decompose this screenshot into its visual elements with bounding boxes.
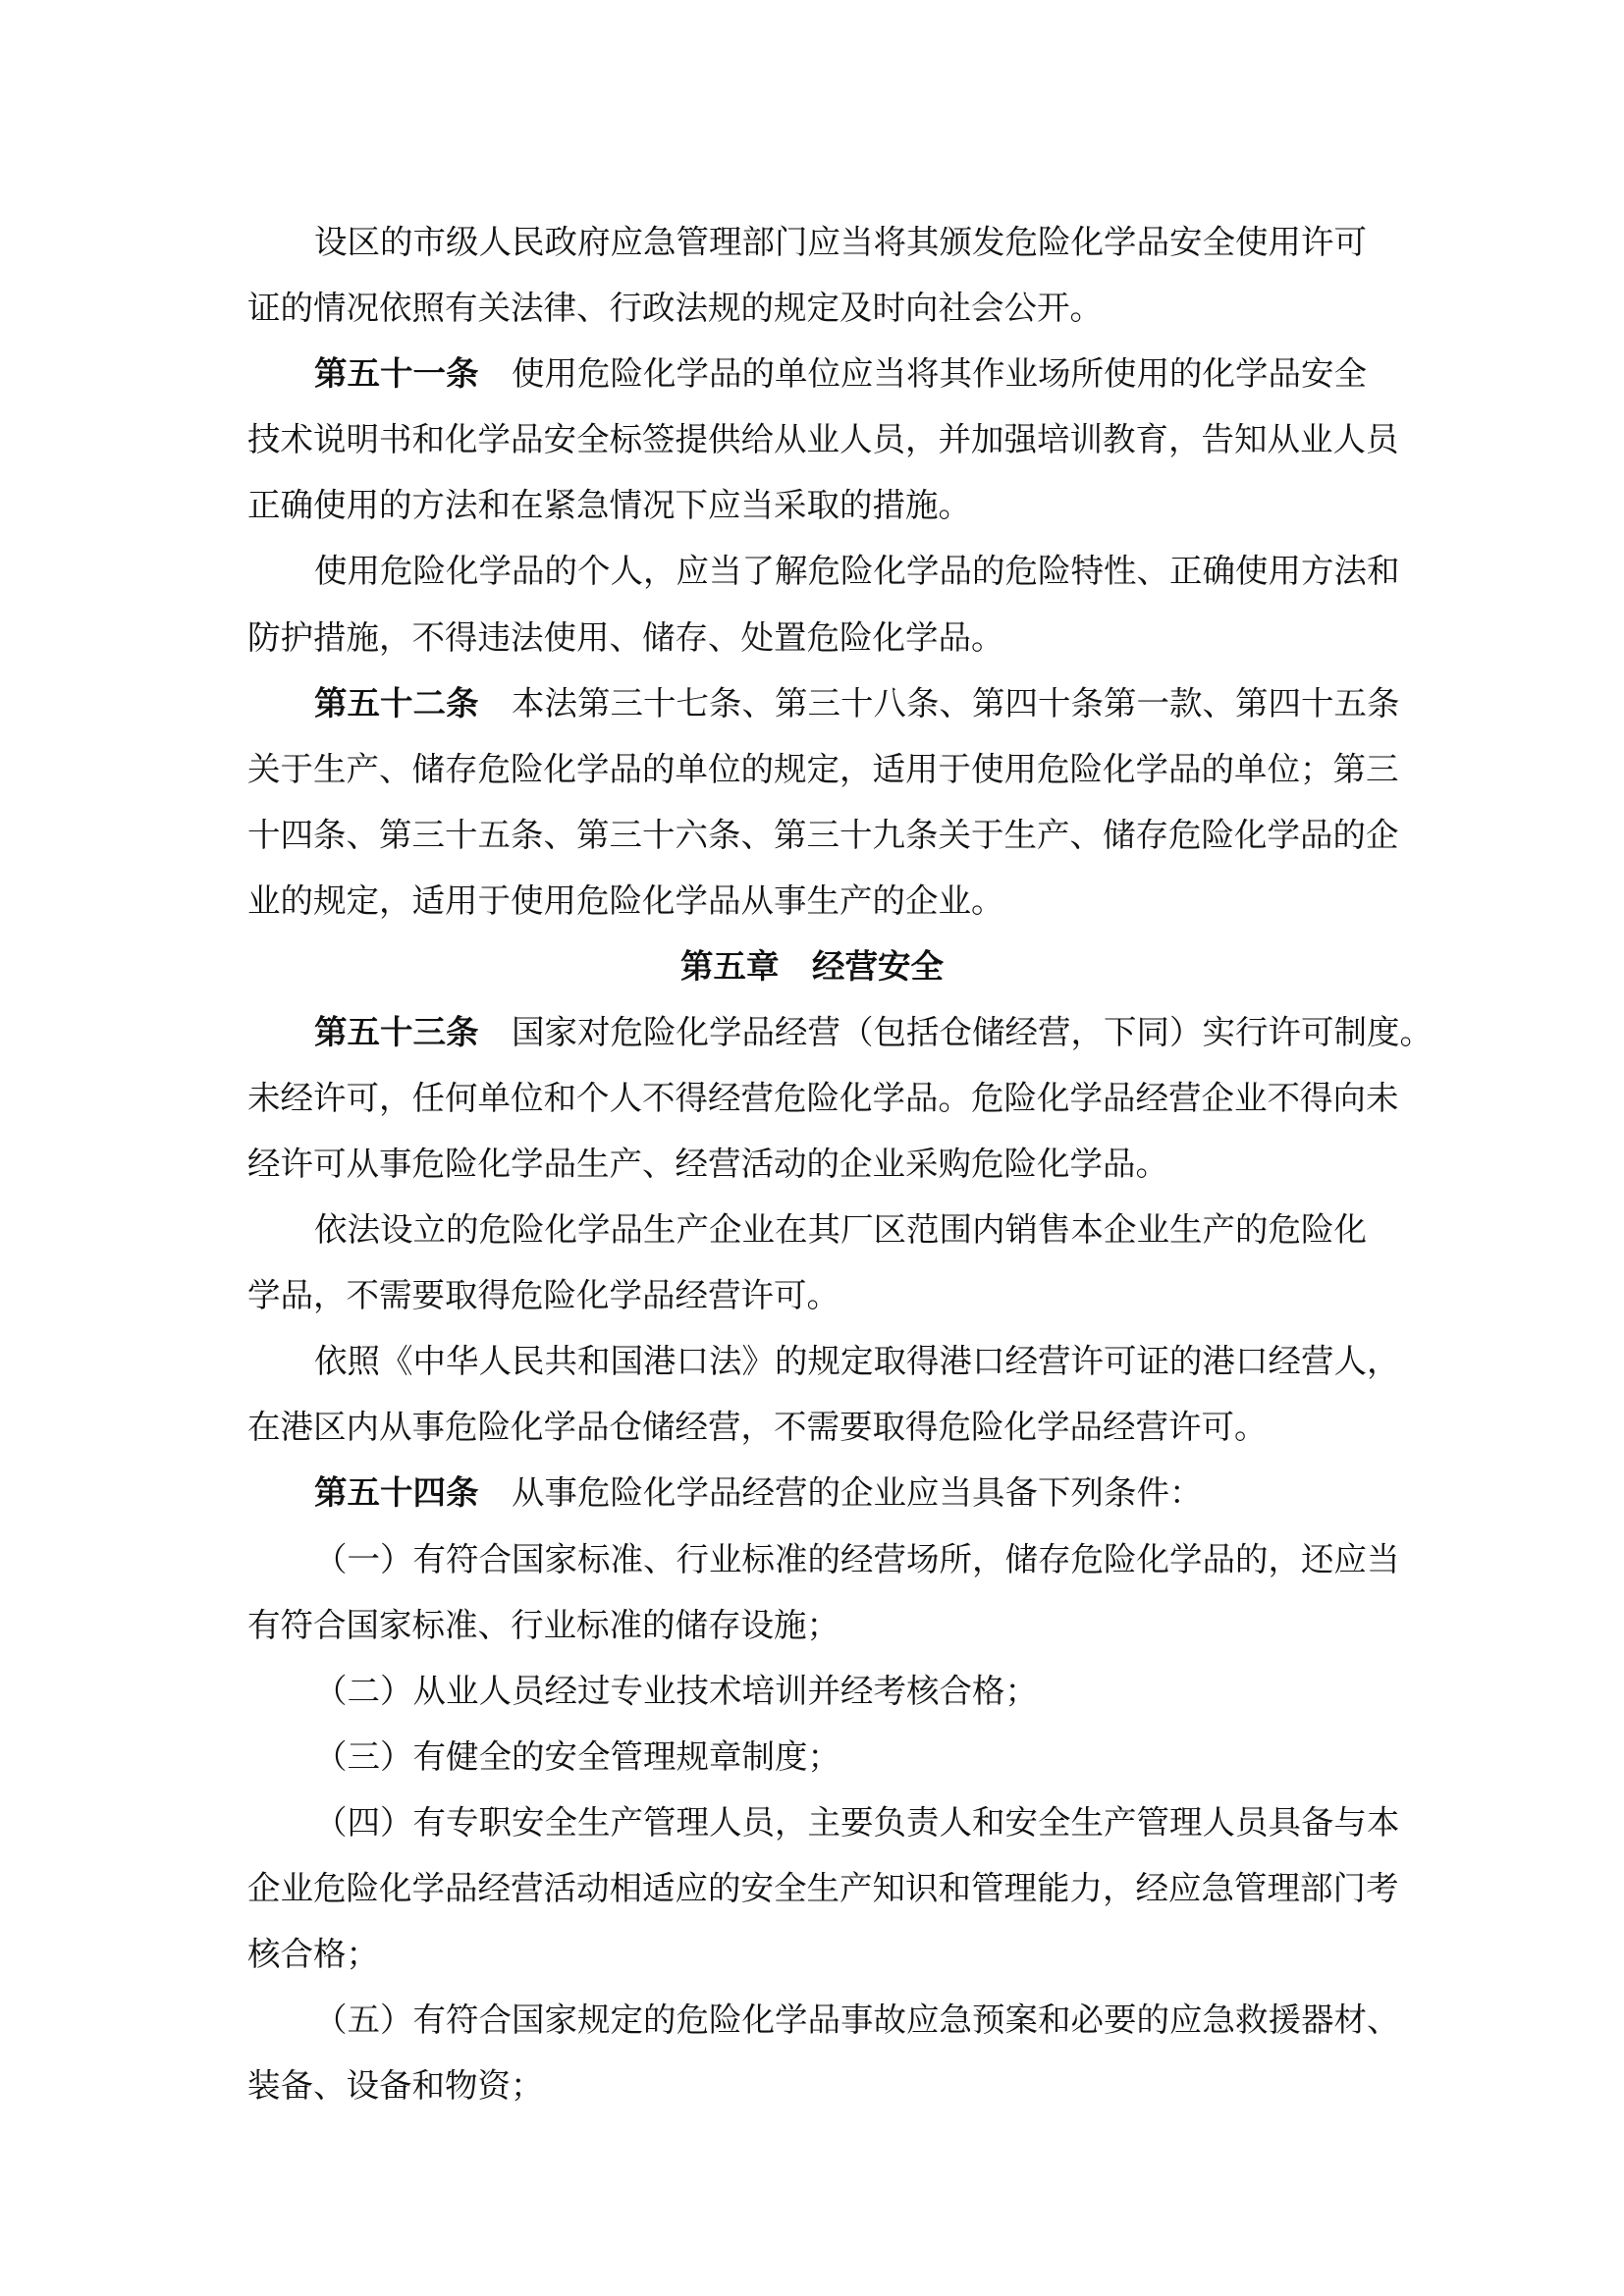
paragraph-line: 防护措施，不得违法使用、储存、处置危险化学品。 bbox=[247, 618, 1377, 658]
paragraph-line: 依照《中华人民共和国港口法》的规定取得港口经营许可证的港口经营人， bbox=[247, 1342, 1377, 1381]
list-item-4: （四）有专职安全生产管理人员，主要负责人和安全生产管理人员具备与本 bbox=[247, 1803, 1377, 1842]
paragraph-line: 关于生产、储存危险化学品的单位的规定，适用于使用危险化学品的单位；第三 bbox=[247, 750, 1377, 789]
body-text: 使用危险化学品的单位应当将其作业场所使用的化学品安全 bbox=[479, 354, 1368, 393]
paragraph-line: 核合格； bbox=[247, 1935, 1377, 1974]
paragraph-line: 企业危险化学品经营活动相适应的安全生产知识和管理能力，经应急管理部门考 bbox=[247, 1869, 1377, 1908]
chapter-heading: 第五章 经营安全 bbox=[0, 947, 1624, 987]
body-text: （四）有专职安全生产管理人员，主要负责人和安全生产管理人员具备与本 bbox=[314, 1803, 1400, 1842]
article-53-line: 第五十三条 国家对危险化学品经营（包括仓储经营，下同）实行许可制度。 bbox=[247, 1013, 1377, 1052]
article-label: 第五十三条 bbox=[314, 1013, 479, 1051]
document-page: 设区的市级人民政府应急管理部门应当将其颁发危险化学品安全使用许可 证的情况依照有… bbox=[0, 0, 1624, 2296]
body-text: 关于生产、储存危险化学品的单位的规定，适用于使用危险化学品的单位；第三 bbox=[247, 750, 1399, 788]
article-label: 第五十二条 bbox=[314, 684, 479, 722]
body-text: 从事危险化学品经营的企业应当具备下列条件： bbox=[479, 1473, 1203, 1512]
paragraph-line: 未经许可，任何单位和个人不得经营危险化学品。危险化学品经营企业不得向未 bbox=[247, 1079, 1377, 1118]
body-text: 本法第三十七条、第三十八条、第四十条第一款、第四十五条 bbox=[479, 684, 1400, 722]
body-text: 设区的市级人民政府应急管理部门应当将其颁发危险化学品安全使用许可 bbox=[314, 223, 1367, 261]
body-text: 在港区内从事危险化学品仓储经营，不需要取得危险化学品经营许可。 bbox=[247, 1408, 1268, 1446]
list-item-1: （一）有符合国家标准、行业标准的经营场所，储存危险化学品的，还应当 bbox=[247, 1540, 1377, 1579]
paragraph-line: 在港区内从事危险化学品仓储经营，不需要取得危险化学品经营许可。 bbox=[247, 1408, 1377, 1447]
body-text: （五）有符合国家规定的危险化学品事故应急预案和必要的应急救援器材、 bbox=[314, 2001, 1400, 2039]
list-item-2: （二）从业人员经过专业技术培训并经考核合格； bbox=[247, 1672, 1377, 1711]
body-text: 证的情况依照有关法律、行政法规的规定及时向社会公开。 bbox=[247, 289, 1103, 327]
paragraph-line: 证的情况依照有关法律、行政法规的规定及时向社会公开。 bbox=[247, 289, 1377, 328]
article-label: 第五十四条 bbox=[314, 1473, 479, 1512]
body-text: 依法设立的危险化学品生产企业在其厂区范围内销售本企业生产的危险化 bbox=[314, 1210, 1367, 1249]
paragraph-line: 学品，不需要取得危险化学品经营许可。 bbox=[247, 1276, 1377, 1315]
body-text: 核合格； bbox=[247, 1935, 379, 1973]
paragraph-line: 十四条、第三十五条、第三十六条、第三十九条关于生产、储存危险化学品的企 bbox=[247, 816, 1377, 855]
paragraph-line: 依法设立的危险化学品生产企业在其厂区范围内销售本企业生产的危险化 bbox=[247, 1210, 1377, 1250]
paragraph-line: 经许可从事危险化学品生产、经营活动的企业采购危险化学品。 bbox=[247, 1145, 1377, 1184]
article-54-line: 第五十四条 从事危险化学品经营的企业应当具备下列条件： bbox=[247, 1473, 1377, 1513]
body-text: 企业危险化学品经营活动相适应的安全生产知识和管理能力，经应急管理部门考 bbox=[247, 1869, 1399, 1907]
paragraph-line: 设区的市级人民政府应急管理部门应当将其颁发危险化学品安全使用许可 bbox=[247, 223, 1377, 262]
body-text: 学品，不需要取得危险化学品经营许可。 bbox=[247, 1276, 839, 1314]
body-text: 国家对危险化学品经营（包括仓储经营，下同）实行许可制度。 bbox=[479, 1013, 1434, 1051]
list-item-5: （五）有符合国家规定的危险化学品事故应急预案和必要的应急救援器材、 bbox=[247, 2001, 1377, 2040]
body-text: 未经许可，任何单位和个人不得经营危险化学品。危险化学品经营企业不得向未 bbox=[247, 1079, 1399, 1117]
paragraph-line: 有符合国家标准、行业标准的储存设施； bbox=[247, 1606, 1377, 1645]
body-text: （一）有符合国家标准、行业标准的经营场所，储存危险化学品的，还应当 bbox=[314, 1540, 1400, 1578]
paragraph-line: 技术说明书和化学品安全标签提供给从业人员，并加强培训教育，告知从业人员 bbox=[247, 420, 1377, 459]
body-text: （三）有健全的安全管理规章制度； bbox=[314, 1737, 840, 1776]
list-item-3: （三）有健全的安全管理规章制度； bbox=[247, 1737, 1377, 1777]
paragraph-line: 业的规定，适用于使用危险化学品从事生产的企业。 bbox=[247, 881, 1377, 921]
paragraph-line: 装备、设备和物资； bbox=[247, 2066, 1377, 2106]
body-text: 有符合国家标准、行业标准的储存设施； bbox=[247, 1606, 839, 1644]
body-text: 技术说明书和化学品安全标签提供给从业人员，并加强培训教育，告知从业人员 bbox=[247, 420, 1399, 458]
body-text: （二）从业人员经过专业技术培训并经考核合格； bbox=[314, 1672, 1038, 1710]
article-51-line: 第五十一条 使用危险化学品的单位应当将其作业场所使用的化学品安全 bbox=[247, 354, 1377, 394]
body-text: 十四条、第三十五条、第三十六条、第三十九条关于生产、储存危险化学品的企 bbox=[247, 816, 1399, 854]
article-label: 第五十一条 bbox=[314, 354, 479, 393]
body-text: 使用危险化学品的个人，应当了解危险化学品的危险特性、正确使用方法和 bbox=[314, 552, 1400, 590]
paragraph-line: 正确使用的方法和在紧急情况下应当采取的措施。 bbox=[247, 486, 1377, 525]
body-text: 经许可从事危险化学品生产、经营活动的企业采购危险化学品。 bbox=[247, 1145, 1168, 1183]
body-text: 防护措施，不得违法使用、储存、处置危险化学品。 bbox=[247, 618, 1004, 657]
paragraph-line: 使用危险化学品的个人，应当了解危险化学品的危险特性、正确使用方法和 bbox=[247, 552, 1377, 591]
body-text: 装备、设备和物资； bbox=[247, 2066, 544, 2105]
body-text: 正确使用的方法和在紧急情况下应当采取的措施。 bbox=[247, 486, 971, 524]
body-text: 业的规定，适用于使用危险化学品从事生产的企业。 bbox=[247, 881, 1004, 920]
article-52-line: 第五十二条 本法第三十七条、第三十八条、第四十条第一款、第四十五条 bbox=[247, 684, 1377, 723]
chapter-title: 第五章 经营安全 bbox=[680, 947, 944, 986]
body-text: 依照《中华人民共和国港口法》的规定取得港口经营许可证的港口经营人， bbox=[314, 1342, 1400, 1380]
